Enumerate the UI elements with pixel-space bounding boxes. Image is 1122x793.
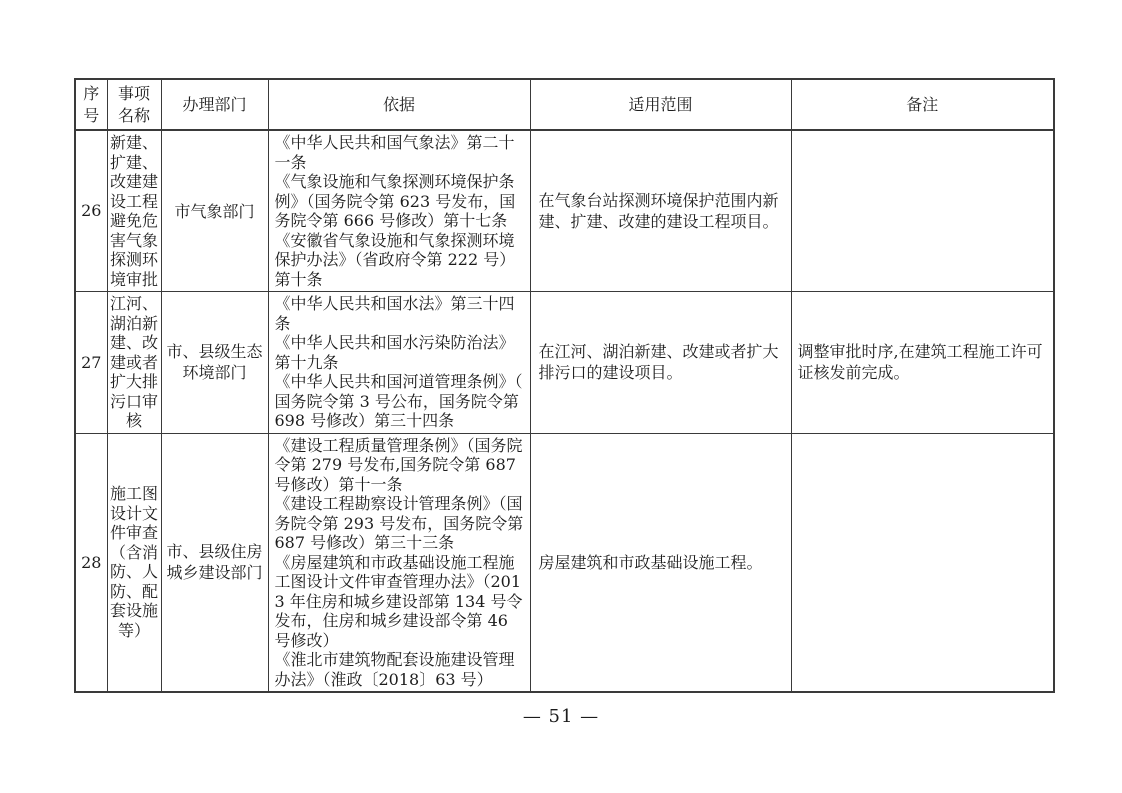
table-row: 27 江河、湖泊新建、改建或者扩大排污口审核 市、县级生态环境部门 《中华人民共…	[75, 292, 1054, 434]
department-cell: 市、县级住房城乡建设部门	[161, 433, 268, 692]
department-cell: 市气象部门	[161, 130, 268, 292]
item-name-cell: 江河、湖泊新建、改建或者扩大排污口审核	[107, 292, 161, 434]
remarks-cell	[791, 130, 1054, 292]
basis-cell: 《中华人民共和国气象法》第二十一条《气象设施和气象探测环境保护条例》（国务院令第…	[268, 130, 530, 292]
remarks-cell: 调整审批时序,在建筑工程施工许可证核发前完成。	[791, 292, 1054, 434]
table-row: 26 新建、扩建、改建建设工程避免危害气象探测环境审批 市气象部门 《中华人民共…	[75, 130, 1054, 292]
header-seq-no: 序号	[75, 79, 107, 130]
scope-cell: 在江河、湖泊新建、改建或者扩大排污口的建设项目。	[530, 292, 791, 434]
table-row: 28 施工图设计文件审查（含消防、人防、配套设施等） 市、县级住房城乡建设部门 …	[75, 433, 1054, 692]
basis-entry: 《房屋建筑和市政基础设施工程施工图设计文件审查管理办法》（2013 年住房和城乡…	[275, 553, 524, 651]
basis-entry: 《中华人民共和国气象法》第二十一条	[275, 133, 524, 172]
seq-no-cell: 26	[75, 130, 107, 292]
header-row: 序号 事项名称 办理部门 依据 适用范围 备注	[75, 79, 1054, 130]
header-department: 办理部门	[161, 79, 268, 130]
basis-entry: 《中华人民共和国水法》第三十四条	[275, 294, 524, 333]
basis-cell: 《中华人民共和国水法》第三十四条《中华人民共和国水污染防治法》第十九条《中华人民…	[268, 292, 530, 434]
approval-items-table: 序号 事项名称 办理部门 依据 适用范围 备注 26 新建、扩建、改建建设工程避…	[74, 78, 1055, 693]
header-item-name: 事项名称	[107, 79, 161, 130]
header-remarks: 备注	[791, 79, 1054, 130]
page-number: — 51 —	[0, 706, 1122, 727]
seq-no-cell: 28	[75, 433, 107, 692]
department-cell: 市、县级生态环境部门	[161, 292, 268, 434]
remarks-cell	[791, 433, 1054, 692]
basis-entry: 《建设工程勘察设计管理条例》（国务院令第 293 号发布，国务院令第 687 号…	[275, 494, 524, 553]
table-body: 26 新建、扩建、改建建设工程避免危害气象探测环境审批 市气象部门 《中华人民共…	[75, 130, 1054, 692]
item-name-cell: 施工图设计文件审查（含消防、人防、配套设施等）	[107, 433, 161, 692]
basis-cell: 《建设工程质量管理条例》（国务院令第 279 号发布,国务院令第 687 号修改…	[268, 433, 530, 692]
basis-entry: 《淮北市建筑物配套设施建设管理办法》（淮政〔2018〕63 号）	[275, 650, 524, 689]
basis-entry: 《气象设施和气象探测环境保护条例》（国务院令第 623 号发布，国务院令第 66…	[275, 172, 524, 231]
document-page: 序号 事项名称 办理部门 依据 适用范围 备注 26 新建、扩建、改建建设工程避…	[0, 0, 1122, 793]
header-scope: 适用范围	[530, 79, 791, 130]
scope-cell: 在气象台站探测环境保护范围内新建、扩建、改建的建设工程项目。	[530, 130, 791, 292]
basis-entry: 《安徽省气象设施和气象探测环境保护办法》（省政府令第 222 号）第十条	[275, 231, 524, 290]
basis-entry: 《中华人民共和国河道管理条例》（国务院令第 3 号公布，国务院令第 698 号修…	[275, 372, 524, 431]
item-name-cell: 新建、扩建、改建建设工程避免危害气象探测环境审批	[107, 130, 161, 292]
header-basis: 依据	[268, 79, 530, 130]
basis-entry: 《中华人民共和国水污染防治法》第十九条	[275, 333, 524, 372]
table-header: 序号 事项名称 办理部门 依据 适用范围 备注	[75, 79, 1054, 130]
scope-cell: 房屋建筑和市政基础设施工程。	[530, 433, 791, 692]
basis-entry: 《建设工程质量管理条例》（国务院令第 279 号发布,国务院令第 687 号修改…	[275, 436, 524, 495]
seq-no-cell: 27	[75, 292, 107, 434]
